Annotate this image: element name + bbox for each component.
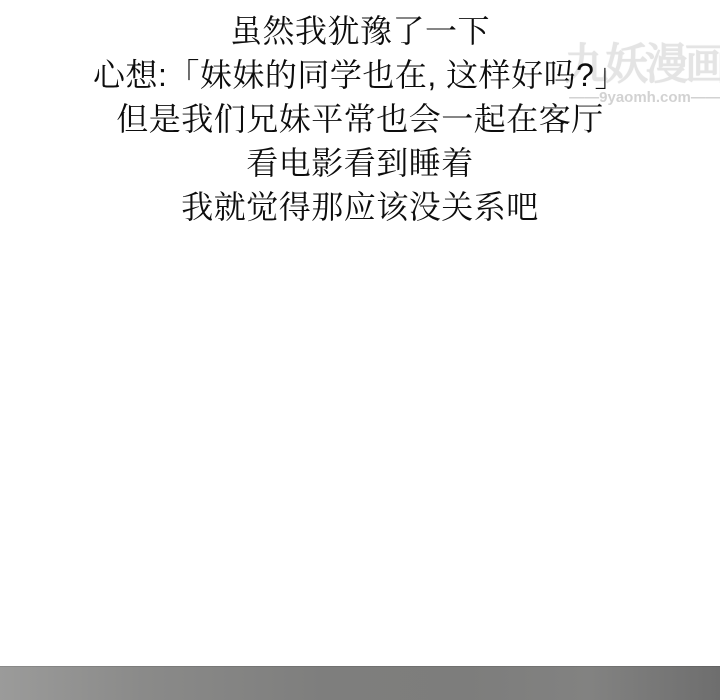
caption-line: 但是我们兄妹平常也会一起在客厅 <box>0 97 720 141</box>
caption-line: 看电影看到睡着 <box>0 141 720 185</box>
caption-line: 心想:「妹妹的同学也在, 这样好吗?」 <box>0 53 720 97</box>
caption-line: 我就觉得那应该没关系吧 <box>0 185 720 229</box>
caption-line: 虽然我犹豫了一下 <box>0 9 720 53</box>
comic-page: 九妖漫画 ——9yaomh.com—— 虽然我犹豫了一下 心想:「妹妹的同学也在… <box>0 0 720 700</box>
next-panel-edge <box>0 666 720 700</box>
narration-caption: 虽然我犹豫了一下 心想:「妹妹的同学也在, 这样好吗?」 但是我们兄妹平常也会一… <box>0 9 720 229</box>
